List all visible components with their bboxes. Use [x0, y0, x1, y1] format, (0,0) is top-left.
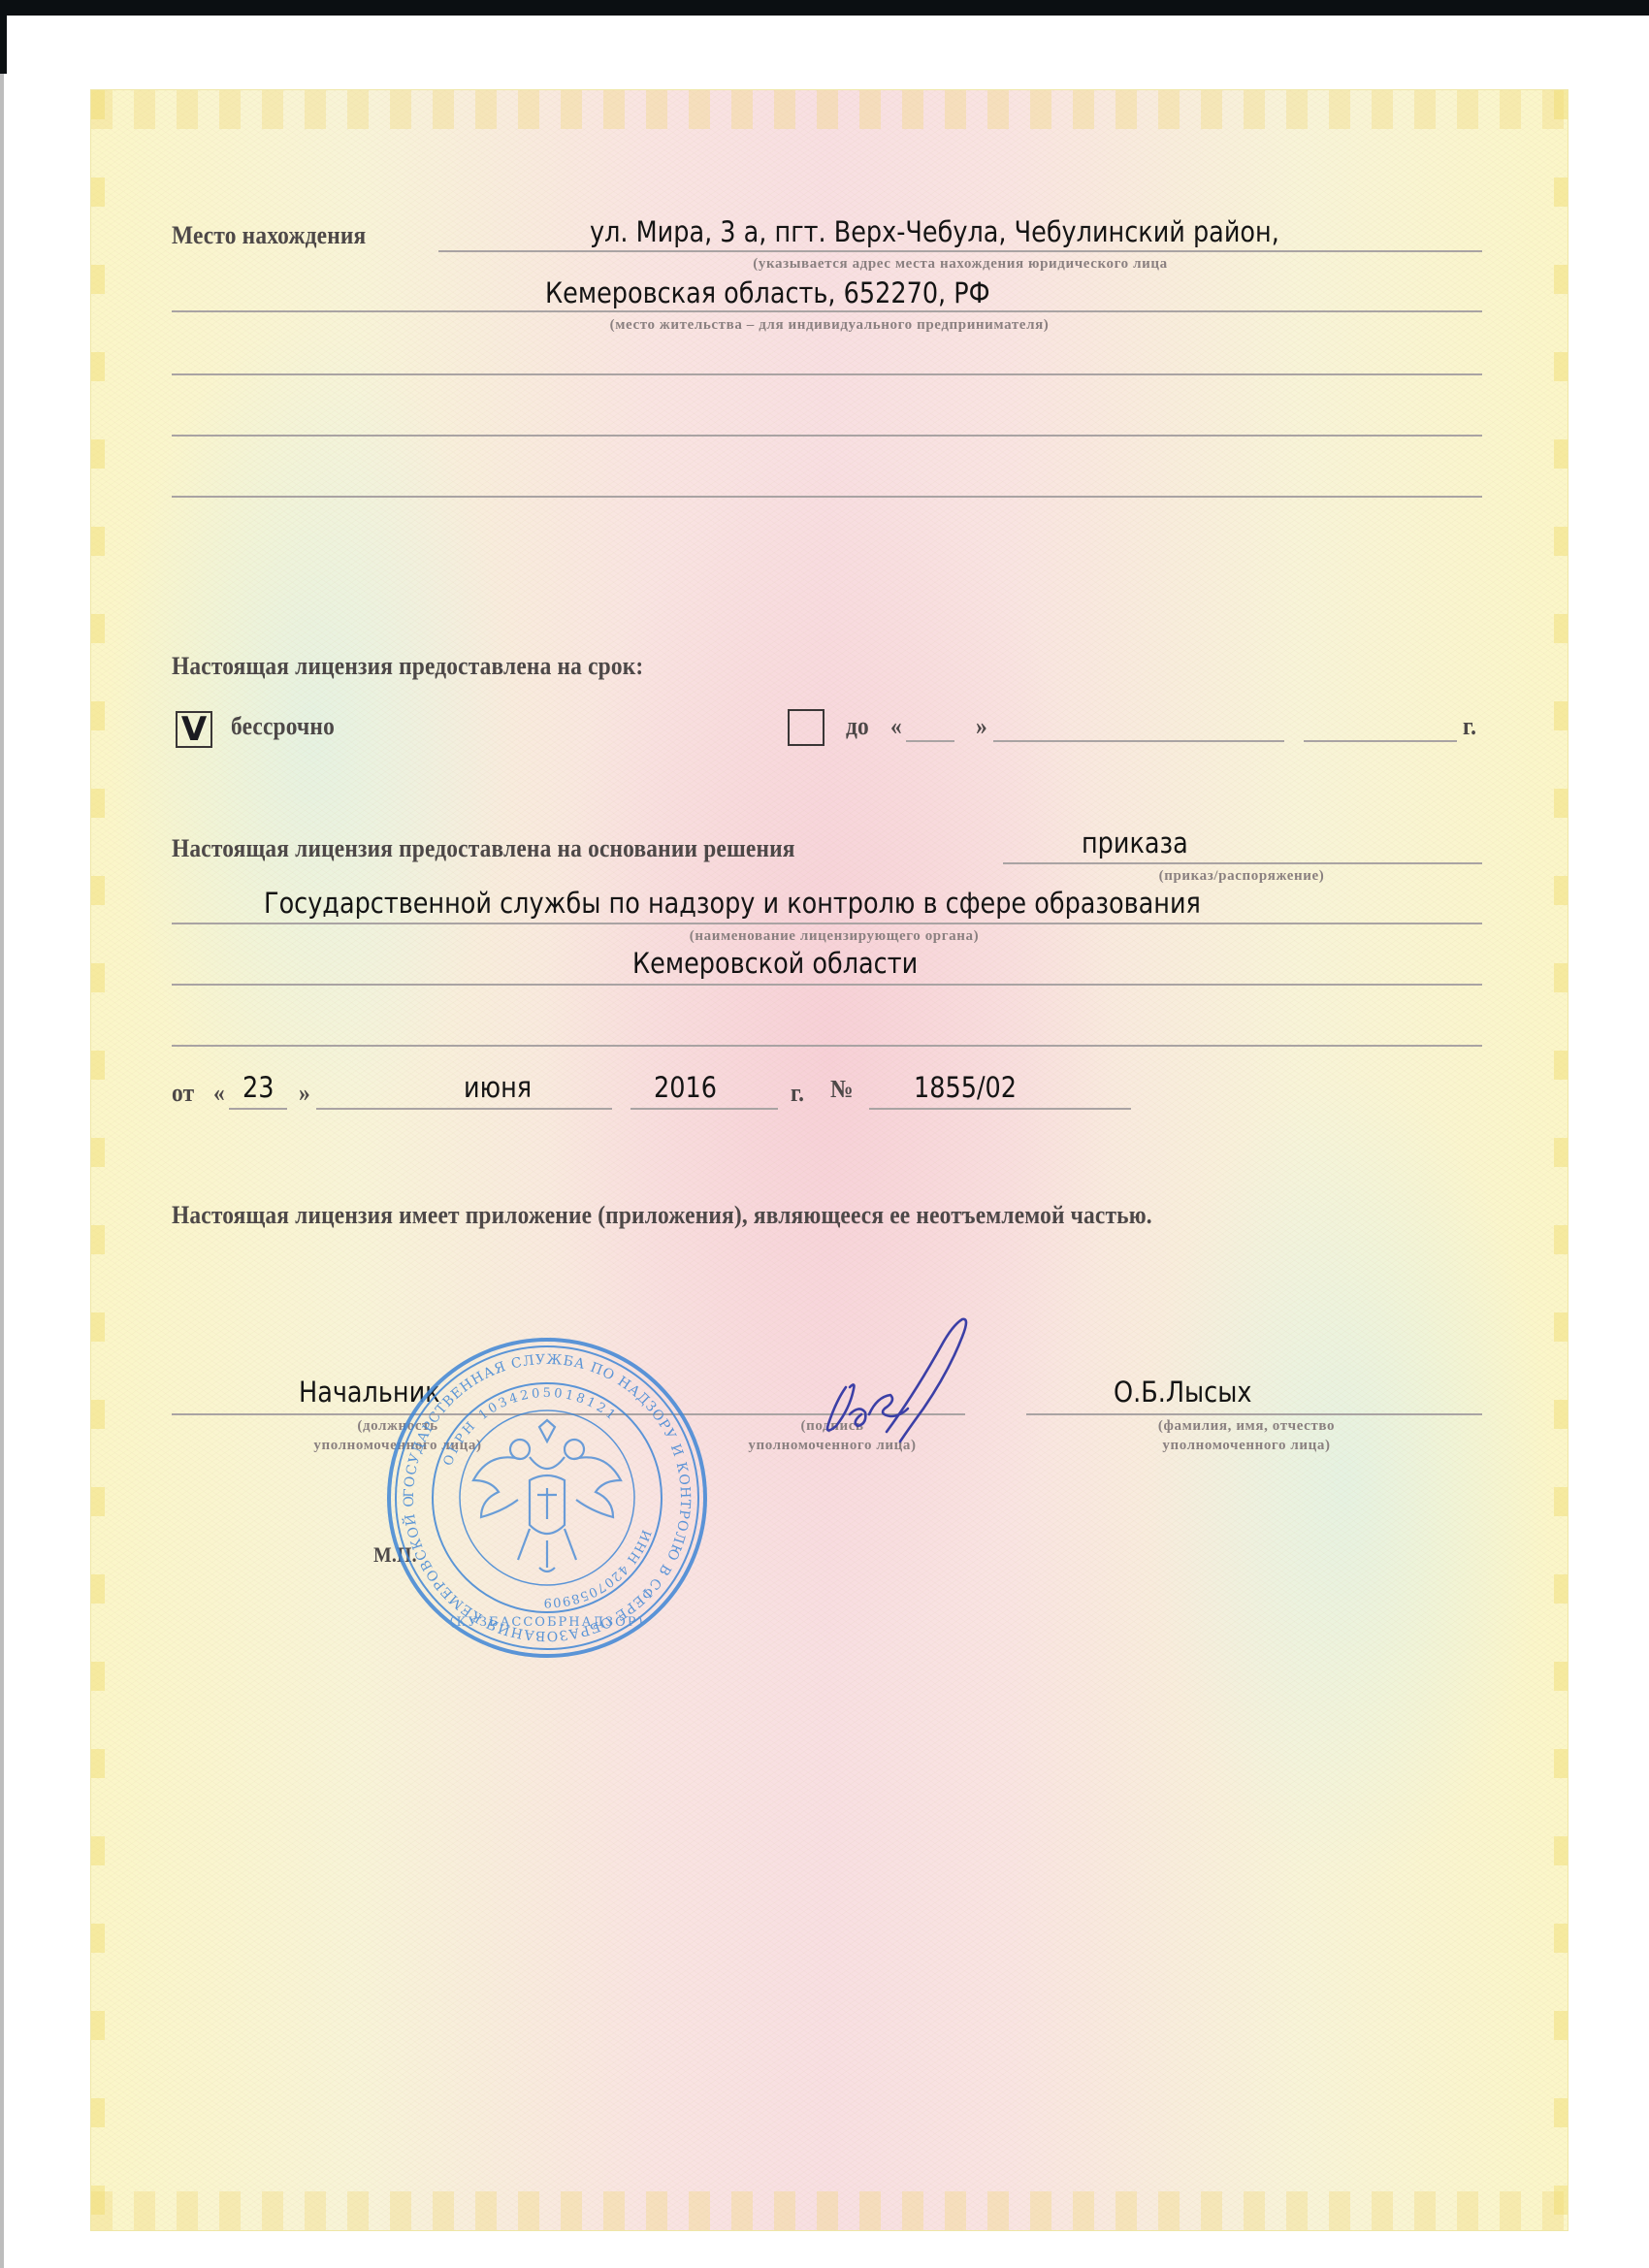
- scan-edge-left: [0, 16, 7, 74]
- handwritten-signature-icon: [807, 1308, 982, 1453]
- until-close-quote: »: [976, 712, 987, 741]
- authority-caption: (наименование лицензирующего органа): [630, 926, 1038, 946]
- location-caption-1: (указывается адрес места нахождения юрид…: [679, 254, 1242, 274]
- date-month: июня: [464, 1071, 532, 1104]
- date-open-quote: «: [213, 1079, 225, 1108]
- guilloche-border-right: [1554, 90, 1568, 2230]
- stamp-short-name: (КУЗБАССОБРНАДЗОР): [449, 1615, 644, 1630]
- location-label: Место нахождения: [172, 221, 366, 250]
- stamp-ogrn: ОГРН 1034205018121: [441, 1386, 621, 1468]
- name-caption-line-2: уполномоченного лица): [1120, 1436, 1373, 1455]
- license-form-panel: [90, 89, 1568, 2231]
- name-caption: (фамилия, имя, отчество уполномоченного …: [1120, 1416, 1373, 1455]
- location-address-line-1: ул. Мира, 3 а, пгт. Верх-Чебула, Чебулин…: [590, 215, 1279, 248]
- date-year-line: [630, 1108, 778, 1110]
- location-address-line-2: Кемеровская область, 652270, РФ: [545, 276, 990, 309]
- svg-text:ОГРН 1034205018121: ОГРН 1034205018121: [441, 1386, 621, 1468]
- indefinite-label: бессрочно: [231, 712, 335, 741]
- until-month-line: [993, 740, 1284, 742]
- appendix-note: Настоящая лицензия имеет приложение (при…: [172, 1201, 1152, 1230]
- location-blank-line-3: [172, 496, 1482, 498]
- until-label: до: [846, 712, 869, 741]
- authority-line-1: [172, 923, 1482, 924]
- official-seal-icon: ГОСУДАРСТВЕННАЯ СЛУЖБА ПО НАДЗОРУ И КОНТ…: [384, 1335, 710, 1661]
- authority-name-line-1: Государственной службы по надзору и конт…: [264, 887, 1201, 920]
- location-blank-line-1: [172, 373, 1482, 375]
- number-sign: №: [830, 1075, 854, 1104]
- authority-name-line-2: Кемеровской области: [632, 947, 918, 980]
- authority-line-2: [172, 984, 1482, 986]
- authority-blank-line: [172, 1045, 1482, 1047]
- basis-label: Настоящая лицензия предоставлена на осно…: [172, 834, 795, 863]
- location-caption-2: (место жительства – для индивидуального …: [538, 315, 1120, 335]
- svg-text:ГОСУДАРСТВЕННАЯ СЛУЖБА ПО НАДЗ: ГОСУДАРСТВЕННАЯ СЛУЖБА ПО НАДЗОРУ И КОНТ…: [384, 1335, 693, 1643]
- decision-type-caption: (приказ/распоряжение): [1130, 866, 1353, 886]
- decision-type-line: [1003, 862, 1482, 864]
- location-line-2: [172, 310, 1482, 312]
- stamp-outer-text: ГОСУДАРСТВЕННАЯ СЛУЖБА ПО НАДЗОРУ И КОНТ…: [384, 1335, 693, 1643]
- scan-edge-top: [0, 0, 1649, 16]
- date-day: 23: [242, 1071, 274, 1104]
- date-day-line: [229, 1108, 287, 1110]
- name-line: [1026, 1413, 1482, 1415]
- guilloche-border-bottom: [91, 2191, 1568, 2230]
- decision-type-value: приказа: [1082, 826, 1188, 859]
- decision-number-line: [869, 1108, 1131, 1110]
- date-year-suffix: г.: [791, 1079, 804, 1108]
- date-close-quote: »: [299, 1079, 310, 1108]
- location-line-1: [438, 250, 1482, 252]
- date-year: 2016: [654, 1071, 717, 1104]
- name-caption-line-1: (фамилия, имя, отчество: [1120, 1416, 1373, 1436]
- until-open-quote: «: [890, 712, 902, 741]
- until-day-line: [906, 740, 954, 742]
- check-mark-icon: V: [181, 710, 207, 749]
- until-year-line: [1304, 740, 1457, 742]
- signatory-name: О.Б.Лысых: [1114, 1376, 1251, 1409]
- guilloche-border-left: [91, 90, 105, 2230]
- until-year-suffix: г.: [1463, 712, 1476, 741]
- coat-of-arms-eagle-icon: [473, 1420, 621, 1571]
- date-prefix: от: [172, 1079, 194, 1108]
- date-month-line: [316, 1108, 612, 1110]
- checkbox-until-date[interactable]: [788, 709, 824, 746]
- decision-number: 1855/02: [914, 1071, 1017, 1104]
- scan-edge-shadow: [0, 74, 4, 2268]
- term-label: Настоящая лицензия предоставлена на срок…: [172, 652, 643, 681]
- guilloche-border-top: [91, 90, 1568, 129]
- location-blank-line-2: [172, 435, 1482, 437]
- checkbox-indefinite[interactable]: V: [176, 711, 212, 748]
